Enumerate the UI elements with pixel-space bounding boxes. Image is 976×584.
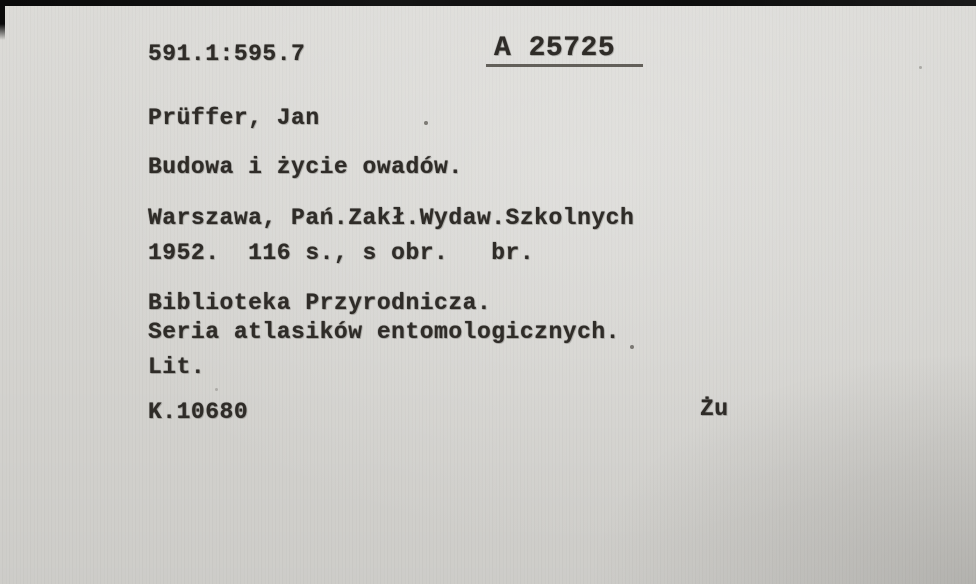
paper-speck [630, 345, 634, 349]
series-subtitle-line: Seria atlasików entomologicznych. [148, 320, 620, 344]
classification-number: 591.1:595.7 [148, 42, 305, 66]
inventory-number: K.10680 [148, 400, 248, 424]
imprint-publisher-line: Warszawa, Pań.Zakł.Wydaw.Szkolnych [148, 206, 634, 230]
note-line: Lit. [148, 355, 205, 379]
scan-edge-top [0, 0, 976, 6]
paper-speck [424, 121, 428, 125]
paper-speck [215, 388, 218, 391]
imprint-collation-line: 1952. 116 s., s obr. br. [148, 241, 534, 265]
cataloguer-mark: Żu [700, 397, 729, 421]
catalog-card: 591.1:595.7 A 25725 Prüffer, Jan Budowa … [0, 0, 976, 584]
author-line: Prüffer, Jan [148, 106, 320, 130]
paper-speck [919, 66, 922, 69]
accession-number: A 25725 [486, 34, 643, 67]
series-title-line: Biblioteka Przyrodnicza. [148, 291, 491, 315]
scan-edge-left [0, 0, 5, 40]
title-line: Budowa i życie owadów. [148, 155, 463, 179]
